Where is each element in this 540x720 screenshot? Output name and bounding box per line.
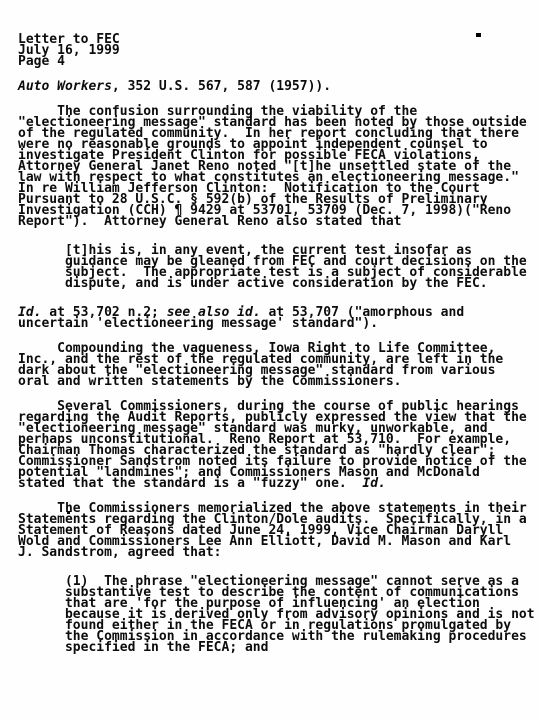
scanned-document-page: Letter to FECJuly 16, 1999Page 4Auto Wor… (0, 0, 540, 720)
scan-speck (476, 33, 481, 37)
italic-text-segment: Id. (362, 476, 385, 491)
paragraph-memorialized: The Commissioners memorialized the above… (18, 503, 540, 558)
paragraph-compounding: Compounding the vagueness, Iowa Right to… (18, 343, 540, 387)
text-segment: stated that the standard is a "fuzzy" on… (18, 476, 362, 491)
text-line: Auto Workers, 352 U.S. 567, 587 (1957)). (18, 81, 540, 92)
block-quote-reno: [t]his is, in any event, the current tes… (18, 245, 540, 289)
scan-speck (67, 511, 70, 514)
paragraph-commissioners-hearings: Several Commissioners, during the course… (18, 401, 540, 489)
text-line: July 16, 1999 (18, 45, 540, 56)
numbered-item-1: (1) The phrase "electioneering message" … (18, 576, 540, 653)
italic-text-segment: Auto Workers (18, 79, 112, 94)
document-body: Letter to FECJuly 16, 1999Page 4Auto Wor… (18, 34, 540, 671)
text-segment: , 352 U.S. 567, 587 (1957)). (112, 79, 331, 94)
case-citation: Auto Workers, 352 U.S. 567, 587 (1957)). (18, 81, 540, 92)
paragraph-confusion: The confusion surrounding the viability … (18, 106, 540, 227)
text-line: dispute, and is under active considerati… (18, 278, 540, 289)
letterhead: Letter to FECJuly 16, 1999Page 4 (18, 34, 540, 67)
citation-id: Id. at 53,702 n.2; see also id. at 53,70… (18, 307, 540, 329)
